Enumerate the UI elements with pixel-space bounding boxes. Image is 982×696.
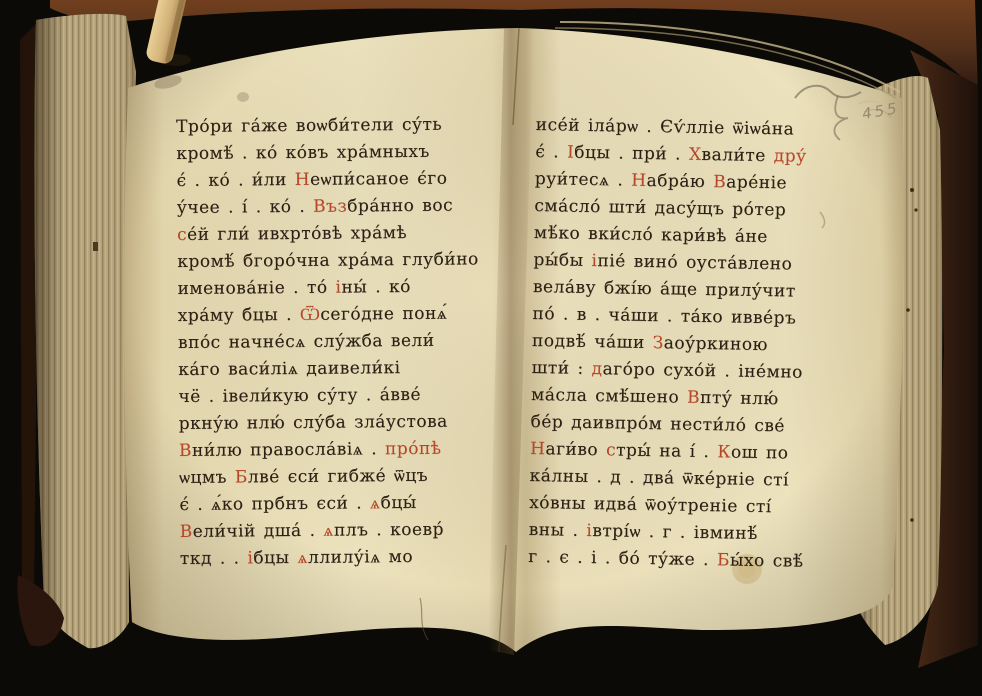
manuscript-line: именова́ніе . то́ іны́ . ко́ xyxy=(177,273,479,303)
manuscript-line: ка́го васи́ліѧ даивели́кі xyxy=(178,354,480,384)
manuscript-line: се́й гли́ ивхрто́вѣ хра́мѣ xyxy=(177,219,479,249)
manuscript-line: у́чее . і́ . ко́ . Възбра́нно вос xyxy=(177,192,479,222)
manuscript-line: ркну́ю нлю́ слу́ба зла́устова xyxy=(179,408,481,438)
manuscript-line: Вни́лю правосла́віѧ . про́пѣ xyxy=(179,435,481,465)
manuscript-line: Вели́чій дша́ . ѧплъ . коевр́ xyxy=(180,516,482,546)
manuscript-line: хра́му бцы . Ѿсего́дне понѧ́ xyxy=(178,300,480,330)
manuscript-line: Тро́ри га́же воѡби́тели су́ть xyxy=(176,111,478,141)
manuscript-line: г . є . і . бо́ ту́же . Бы́хо свѣ́ xyxy=(528,544,804,576)
manuscript-line: чё . івели́кую су́ту . а́вве́ xyxy=(178,381,480,411)
left-page-text: Тро́ри га́же воѡби́тели су́тькромѣ́ . ко… xyxy=(176,111,481,573)
manuscript-photo: Тро́ри га́же воѡби́тели су́тькромѣ́ . ко… xyxy=(0,0,982,696)
manuscript-line: кромѣ́ бгоро́чна хра́ма глуби́но xyxy=(177,246,479,276)
manuscript-line: ткд . . ібцы ѧллилу́іѧ мо xyxy=(180,543,482,573)
book-illustration xyxy=(0,0,982,696)
manuscript-line: кромѣ́ . ко́ ко́въ хра́мныхъ xyxy=(176,138,478,168)
manuscript-line: є́ . ѧ́ко прбнъ єси́ . ѧбцы́ xyxy=(179,489,481,519)
manuscript-line: є́ . ко́ . и́ли Неѡпи́саное є́го xyxy=(176,165,478,195)
manuscript-line: ѡцмъ Блве́ єси́ гибже́ ѿцъ xyxy=(179,462,481,492)
right-page-text: исе́й іла́рѡ . Єѵ́лліе ѿіѡа́нає́ . Ібцы … xyxy=(528,112,811,576)
manuscript-line: впо́с начне́сѧ слу́жба вели́ xyxy=(178,327,480,357)
